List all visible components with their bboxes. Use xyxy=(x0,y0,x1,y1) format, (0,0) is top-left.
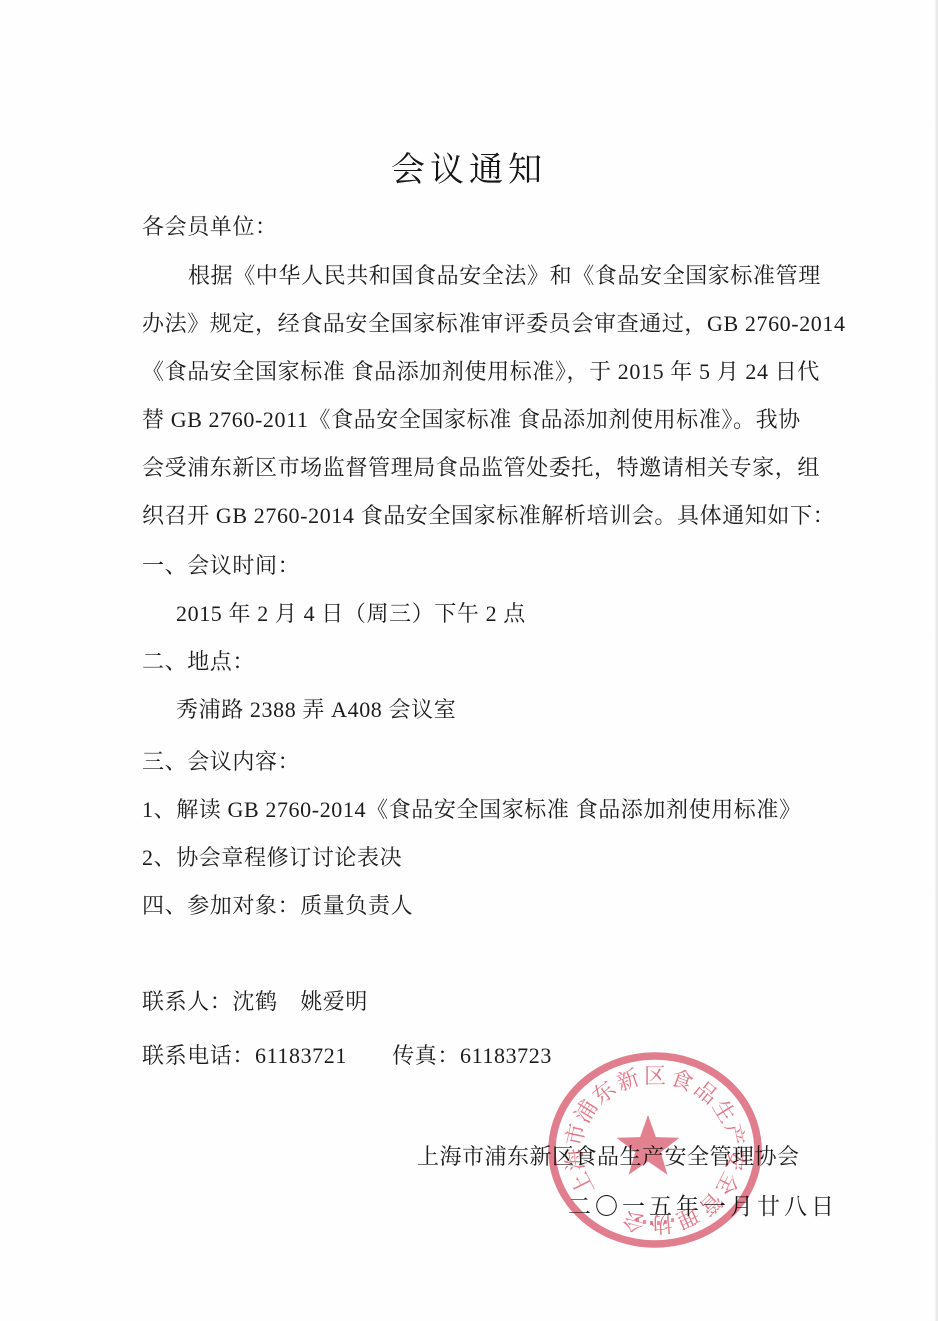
intro-line-4: 替 GB 2760-2011《食品安全国家标准 食品添加剂使用标准》。我协 xyxy=(142,406,801,434)
seal-arc-char: 新 xyxy=(613,1065,642,1096)
section-4-attendees-line: 四、参加对象：质量负责人 xyxy=(142,892,413,920)
section-2-heading: 二、地点： xyxy=(142,648,255,676)
scanned-meeting-notice-page: 会议通知 各会员单位： 根据《中华人民共和国食品安全法》和《食品安全国家标准管理… xyxy=(0,0,938,1321)
seal-arc-char: 安 xyxy=(721,1147,749,1172)
contact-fax: 传真：61183723 xyxy=(392,1043,552,1068)
agenda-item-2: 2、协会章程修订讨论表决 xyxy=(142,844,402,872)
intro-line-3: 《食品安全国家标准 食品添加剂使用标准》，于 2015 年 5 月 24 日代 xyxy=(142,358,820,386)
contact-phone-fax-line: 联系电话：61183721 传真：61183723 xyxy=(142,1042,552,1070)
seal-arc-char: 海 xyxy=(561,1147,589,1172)
seal-star-icon xyxy=(617,1115,680,1175)
seal-arc-char: 区 xyxy=(644,1064,666,1089)
agenda-item-1: 1、解读 GB 2760-2014《食品安全国家标准 食品添加剂使用标准》 xyxy=(142,796,802,824)
intro-line-5: 会受浦东新区市场监督管理局食品监管处委托，特邀请相关专家，组 xyxy=(142,454,820,482)
seal-arc-char: 上 xyxy=(567,1168,599,1199)
intro-line-1: 根据《中华人民共和国食品安全法》和《食品安全国家标准管理 xyxy=(188,262,821,290)
contact-phone: 联系电话：61183721 xyxy=(142,1043,347,1068)
document-title: 会议通知 xyxy=(0,142,938,191)
intro-line-2: 办法》规定，经食品安全国家标准审评委员会审查通过，GB 2760-2014 xyxy=(142,310,846,338)
scan-edge-shadow xyxy=(934,0,938,1321)
contact-person-line: 联系人：沈鹤 姚爱明 xyxy=(142,988,368,1016)
seal-arc-char: 产 xyxy=(720,1121,749,1148)
intro-line-6: 织召开 GB 2760-2014 食品安全国家标准解析培训会。具体通知如下： xyxy=(142,502,835,530)
official-seal-stamp: 上海市浦东新区食品生产安全管理协会 xyxy=(540,1046,772,1256)
phone-fax-gap xyxy=(347,1043,392,1068)
section-1-heading: 一、会议时间： xyxy=(142,552,300,580)
meeting-time-value: 2015 年 2 月 4 日（周三）下午 2 点 xyxy=(176,600,526,628)
section-3-heading: 三、会议内容： xyxy=(142,748,300,776)
salutation: 各会员单位： xyxy=(142,213,278,241)
meeting-location-value: 秀浦路 2388 弄 A408 会议室 xyxy=(176,696,456,724)
